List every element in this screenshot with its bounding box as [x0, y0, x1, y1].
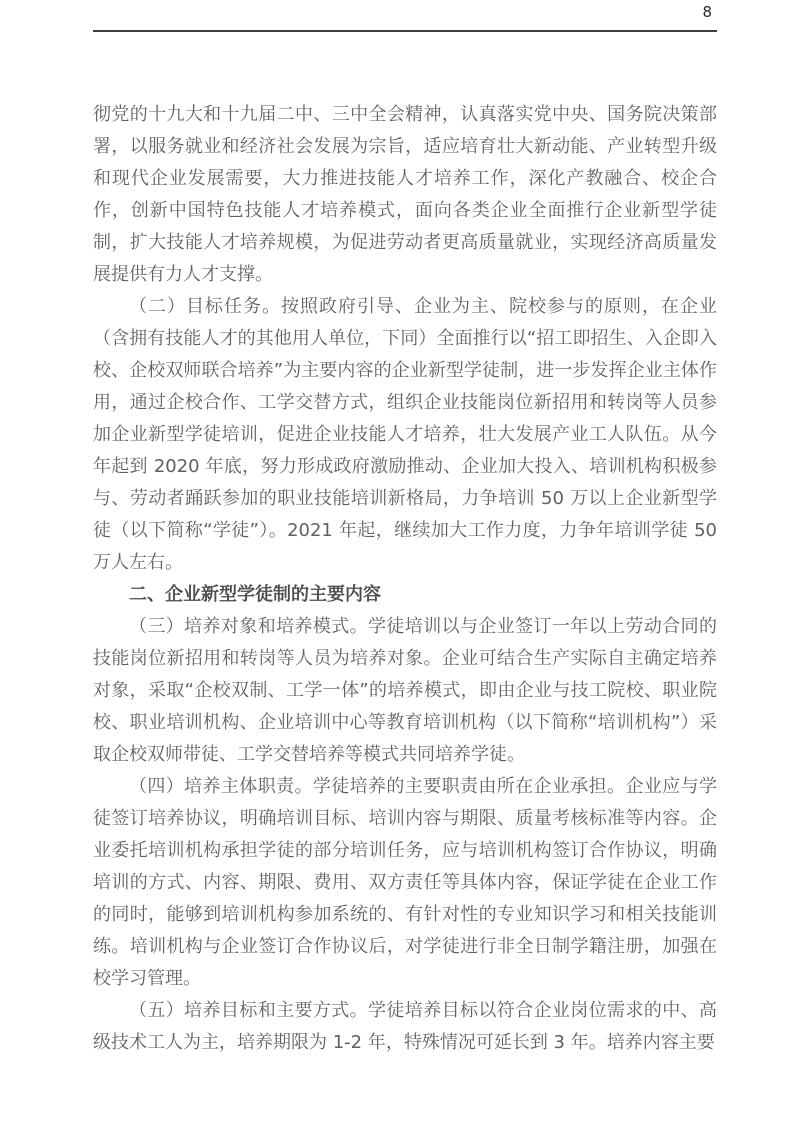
paragraph-item-5: （五）培养目标和主要方式。学徒培养目标以符合企业岗位需求的中、高级技术工人为主，…: [93, 995, 717, 1059]
paragraph-item-3: （三）培养对象和培养模式。学徒培训以与企业签订一年以上劳动合同的技能岗位新招用和…: [93, 611, 717, 771]
paragraph-continuation: 彻党的十九大和十九届二中、三中全会精神，认真落实党中央、国务院决策部署，以服务就…: [93, 99, 717, 291]
header-rule: [93, 30, 717, 32]
paragraph-item-4: （四）培养主体职责。学徒培养的主要职责由所在企业承担。企业应与学徒签订培养协议，…: [93, 771, 717, 995]
document-page: 8 彻党的十九大和十九届二中、三中全会精神，认真落实党中央、国务院决策部署，以服…: [0, 0, 793, 1122]
paragraph-item-2: （二）目标任务。按照政府引导、企业为主、院校参与的原则，在企业（含拥有技能人才的…: [93, 291, 717, 579]
document-body: 彻党的十九大和十九届二中、三中全会精神，认真落实党中央、国务院决策部署，以服务就…: [93, 99, 717, 1059]
page-number: 8: [702, 3, 712, 21]
section-heading: 二、企业新型学徒制的主要内容: [93, 579, 717, 611]
